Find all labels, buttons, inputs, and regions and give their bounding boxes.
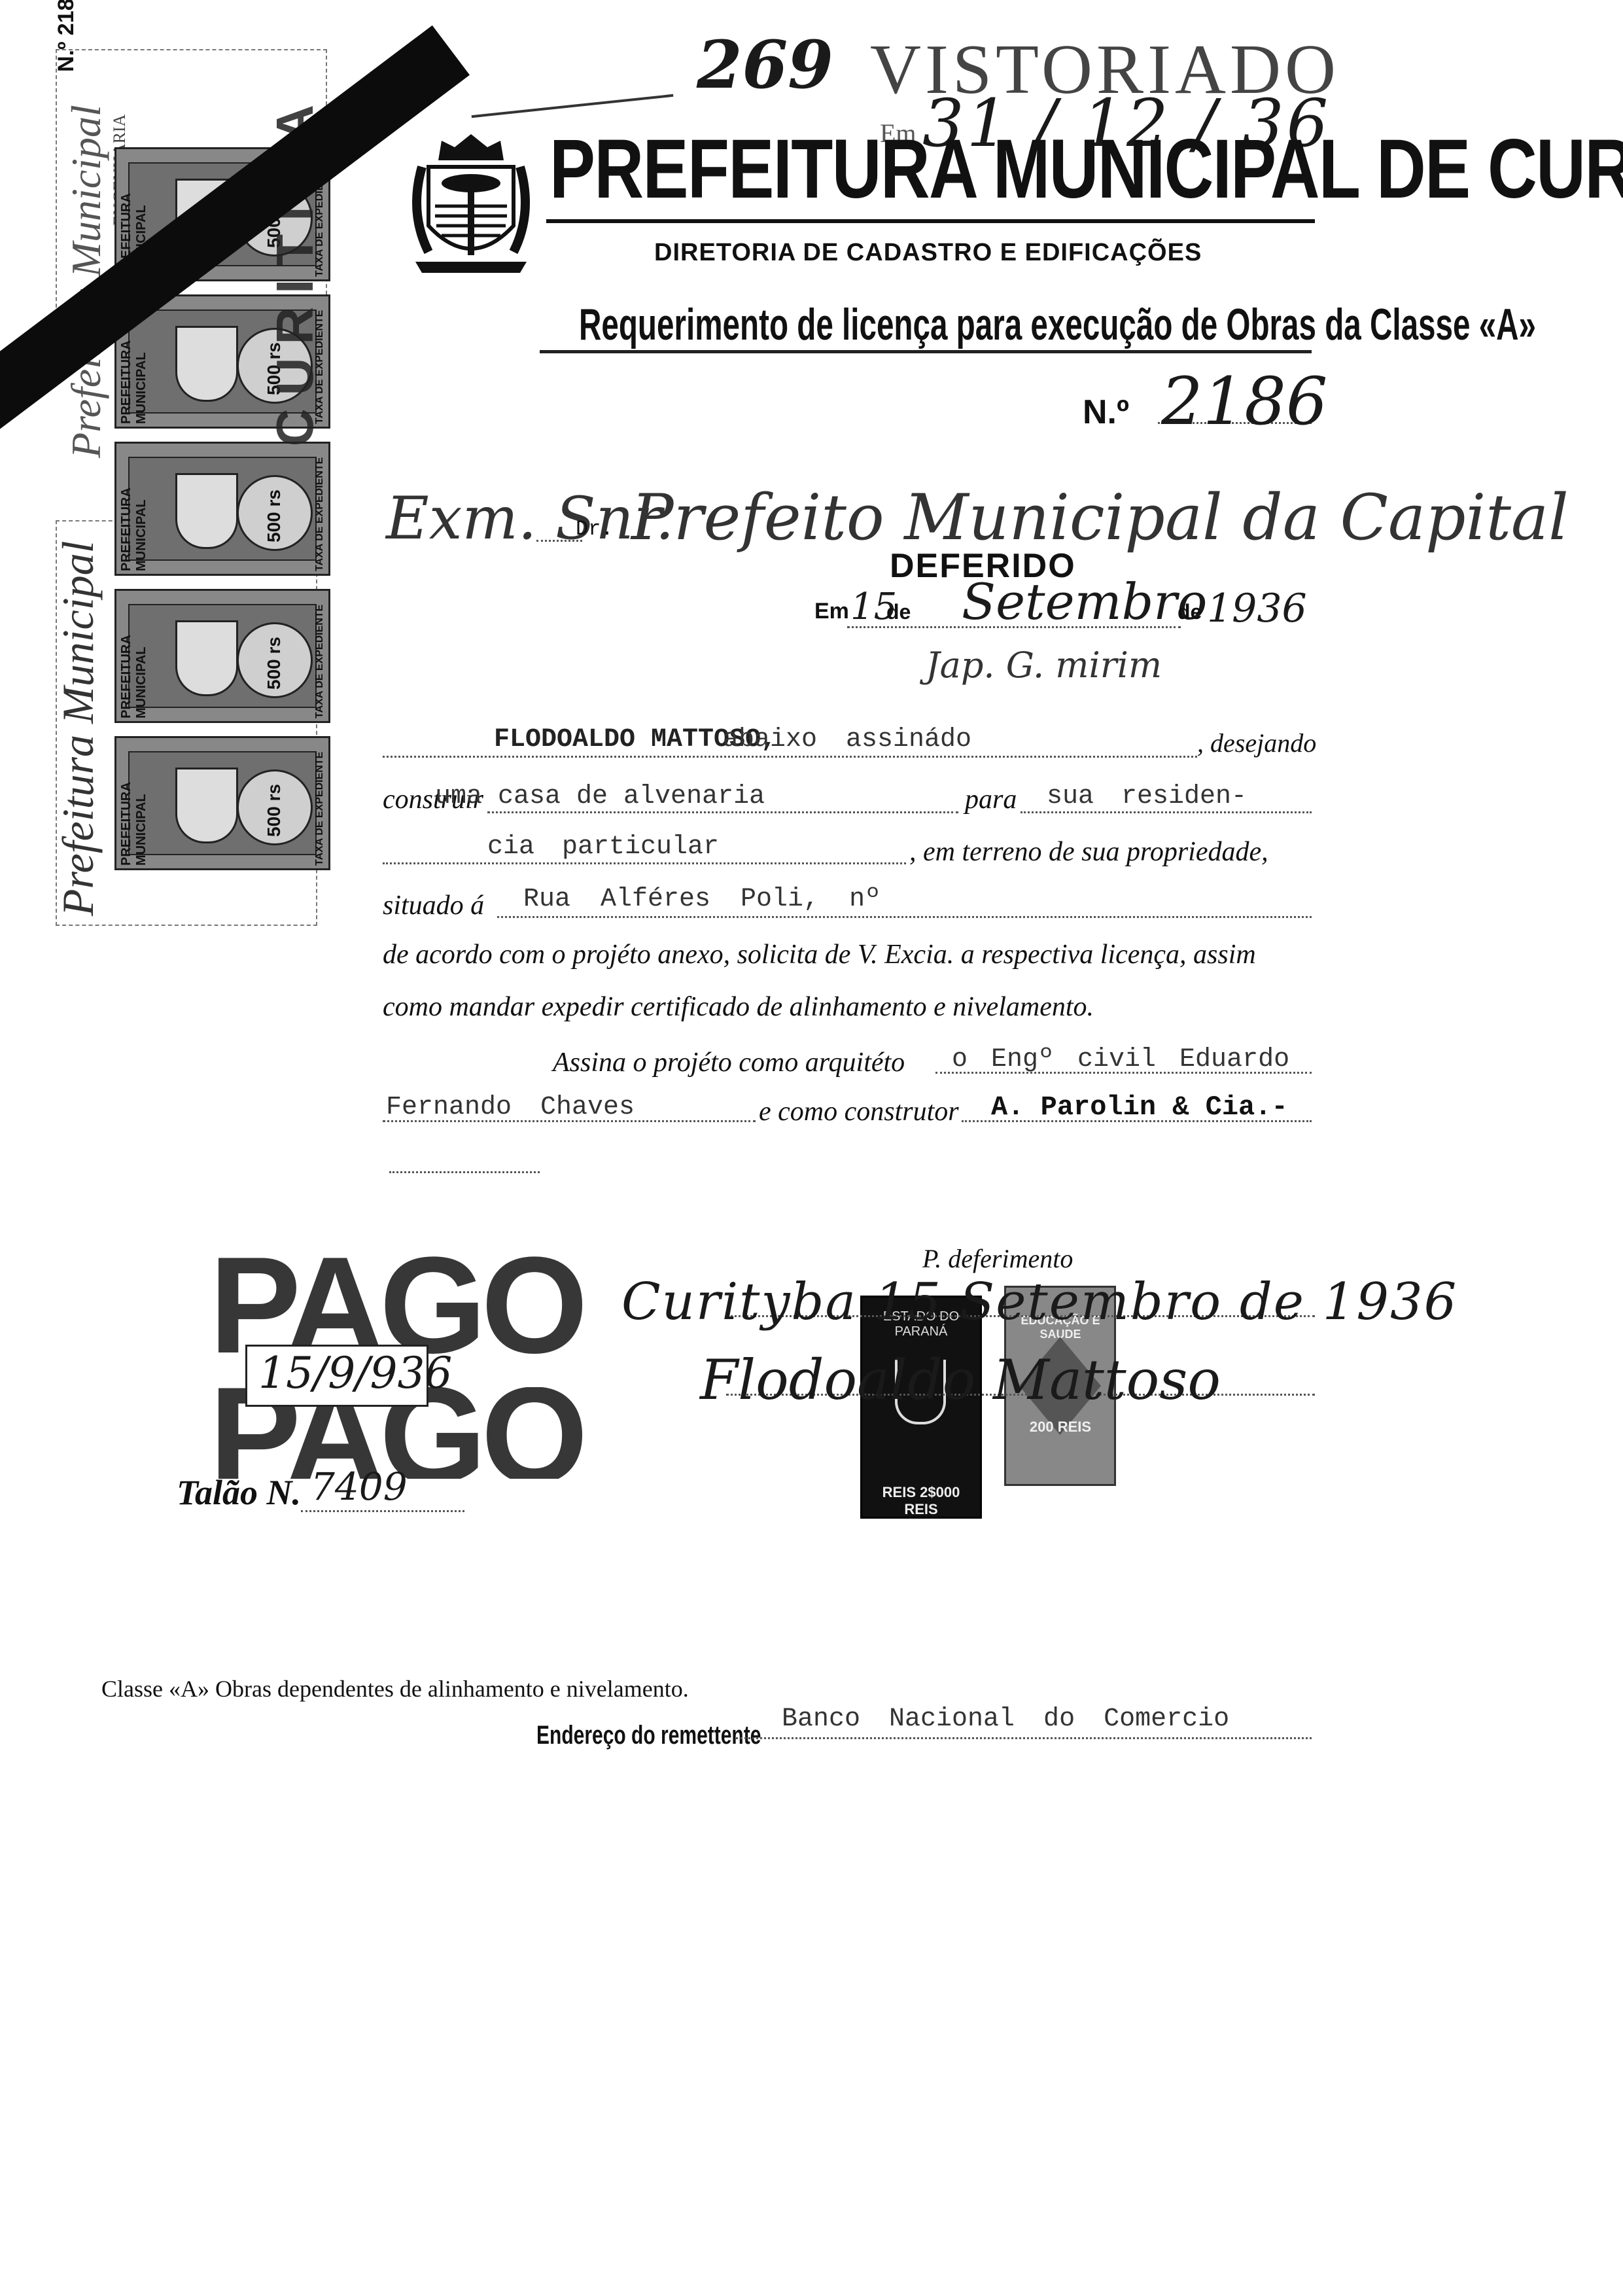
applicant-line [383,756,1197,758]
stamp-header-text: PREFEITURA MUNICIPAL [119,597,149,718]
decision-date-line [847,626,1181,628]
decision-year: 1936 [1207,586,1307,631]
stamp-value-circle: 500 rs [237,769,313,845]
stamp-value-text: 500 rs [264,482,285,542]
stamp-header-text: PREFEITURA MUNICIPAL [119,450,149,571]
state-stamp-value: REIS 2$000 REIS [866,1484,976,1518]
stamp-header-text: PREFEITURA MUNICIPAL [119,745,149,866]
sender-label: Endereço do remettente [536,1721,761,1750]
wishing-label: , desejando [1197,728,1316,758]
paid-date: 15/9/936 [258,1348,452,1398]
municipal-revenue-stamp: PREFEITURA MUNICIPALTAXA DE EXPEDIENTE50… [114,736,330,870]
p-deferimento: P. deferimento [922,1243,1073,1274]
salutation-title: Dr. [576,517,614,541]
build-value: uma casa de alvenaria [435,782,765,811]
located-line [497,916,1312,918]
paid-stamp: PAGO PAGO 15/9/936 Talão N. 7409 [183,1237,497,1511]
page-title: PREFEITURA MUNICIPAL DE CURITIBA [550,128,1623,211]
sender-value: Banco Nacional do Comercio [782,1704,1229,1734]
coat-of-arms-icon [402,121,540,278]
stamp-value-circle: 500 rs [237,622,313,698]
blank-line [389,1171,540,1173]
sender-line [736,1737,1312,1739]
builder-label: e como construtor [759,1096,959,1127]
place-date-handwritten: Curityba 15 Setembro de 1936 [621,1273,1457,1332]
applicant-note: abaixo assinádo [723,725,971,754]
department-subtitle: DIRETORIA DE CADASTRO E EDIFICAÇÕES [654,239,1202,267]
for-line-2 [383,862,906,864]
located-label: situado á [383,890,484,921]
paid-receipt-row: Talão N. 7409 [177,1472,491,1518]
land-label: , em terreno de sua propriedade, [909,836,1268,868]
decision-date-prefix: Em [814,599,849,624]
coat-of-arms-icon [175,326,238,402]
build-line [487,811,958,813]
receipt-label: Talão N. [177,1472,301,1513]
stamp-value-text: 500 rs [264,777,285,837]
decision-de-2: de [1178,600,1202,624]
decision-signature: Jap. G. mirim [926,645,1162,686]
for-value-2: cia particular [487,832,719,862]
decision-de-1: de [886,600,911,624]
request-paragraph-2: como mandar expedir certificado de alinh… [383,991,1094,1023]
builder-value: A. Parolin & Cia.- [991,1091,1288,1123]
cancel-text-bottom: Prefeitura Municipal [52,541,104,916]
stamp-footer-text: TAXA DE EXPEDIENTE [314,450,326,571]
margin-number-label: N.º 2186 [54,0,79,72]
form-number-value: 2186 [1161,363,1328,440]
architect-value-2: Fernando Chaves [386,1093,635,1122]
request-paragraph-1: de acordo com o projéto anexo, solicita … [383,939,1256,970]
applicant-signature: Flodoaldo Mattoso [700,1348,1221,1412]
form-title-rule [540,350,1312,353]
decision-date-row: Em 15 de Setembro de 1936 [814,592,1312,638]
architect-value-1: o Engº civil Eduardo [952,1045,1289,1074]
receipt-line [301,1510,464,1512]
stamp-value-text: 500 rs [264,629,285,690]
stamp-footer-text: TAXA DE EXPEDIENTE [314,597,326,718]
located-value: Rua Alféres Poli, nº [523,885,881,914]
form-title: Requerimento de licença para execução de… [579,302,1536,347]
for-label: para [965,784,1017,815]
coat-of-arms-icon [175,768,238,843]
stamp-value-circle: 500 rs [237,475,313,551]
architect-label: Assina o projéto como arquitéto [553,1047,905,1078]
for-line [1021,811,1312,813]
receipt-number: 7409 [311,1464,408,1509]
for-value-1: sua residen- [1047,782,1247,811]
coat-of-arms-icon [175,620,238,696]
municipal-revenue-stamp: PREFEITURA MUNICIPALTAXA DE EXPEDIENTE50… [114,442,330,576]
coat-of-arms-icon [175,473,238,549]
inspection-underline [472,94,674,118]
stamp-footer-text: TAXA DE EXPEDIENTE [314,745,326,866]
salutation-main: Prefeito Municipal da Capital [631,481,1569,554]
decision-month: Setembro [962,573,1207,631]
title-rule [546,219,1315,223]
health-stamp-value: 200 REIS [1011,1419,1109,1436]
inspection-number: 269 [697,26,833,103]
form-number-label: N.º [1083,393,1129,432]
class-note: Classe «A» Obras dependentes de alinhame… [101,1675,689,1703]
municipal-revenue-stamp: PREFEITURA MUNICIPALTAXA DE EXPEDIENTE50… [114,589,330,723]
